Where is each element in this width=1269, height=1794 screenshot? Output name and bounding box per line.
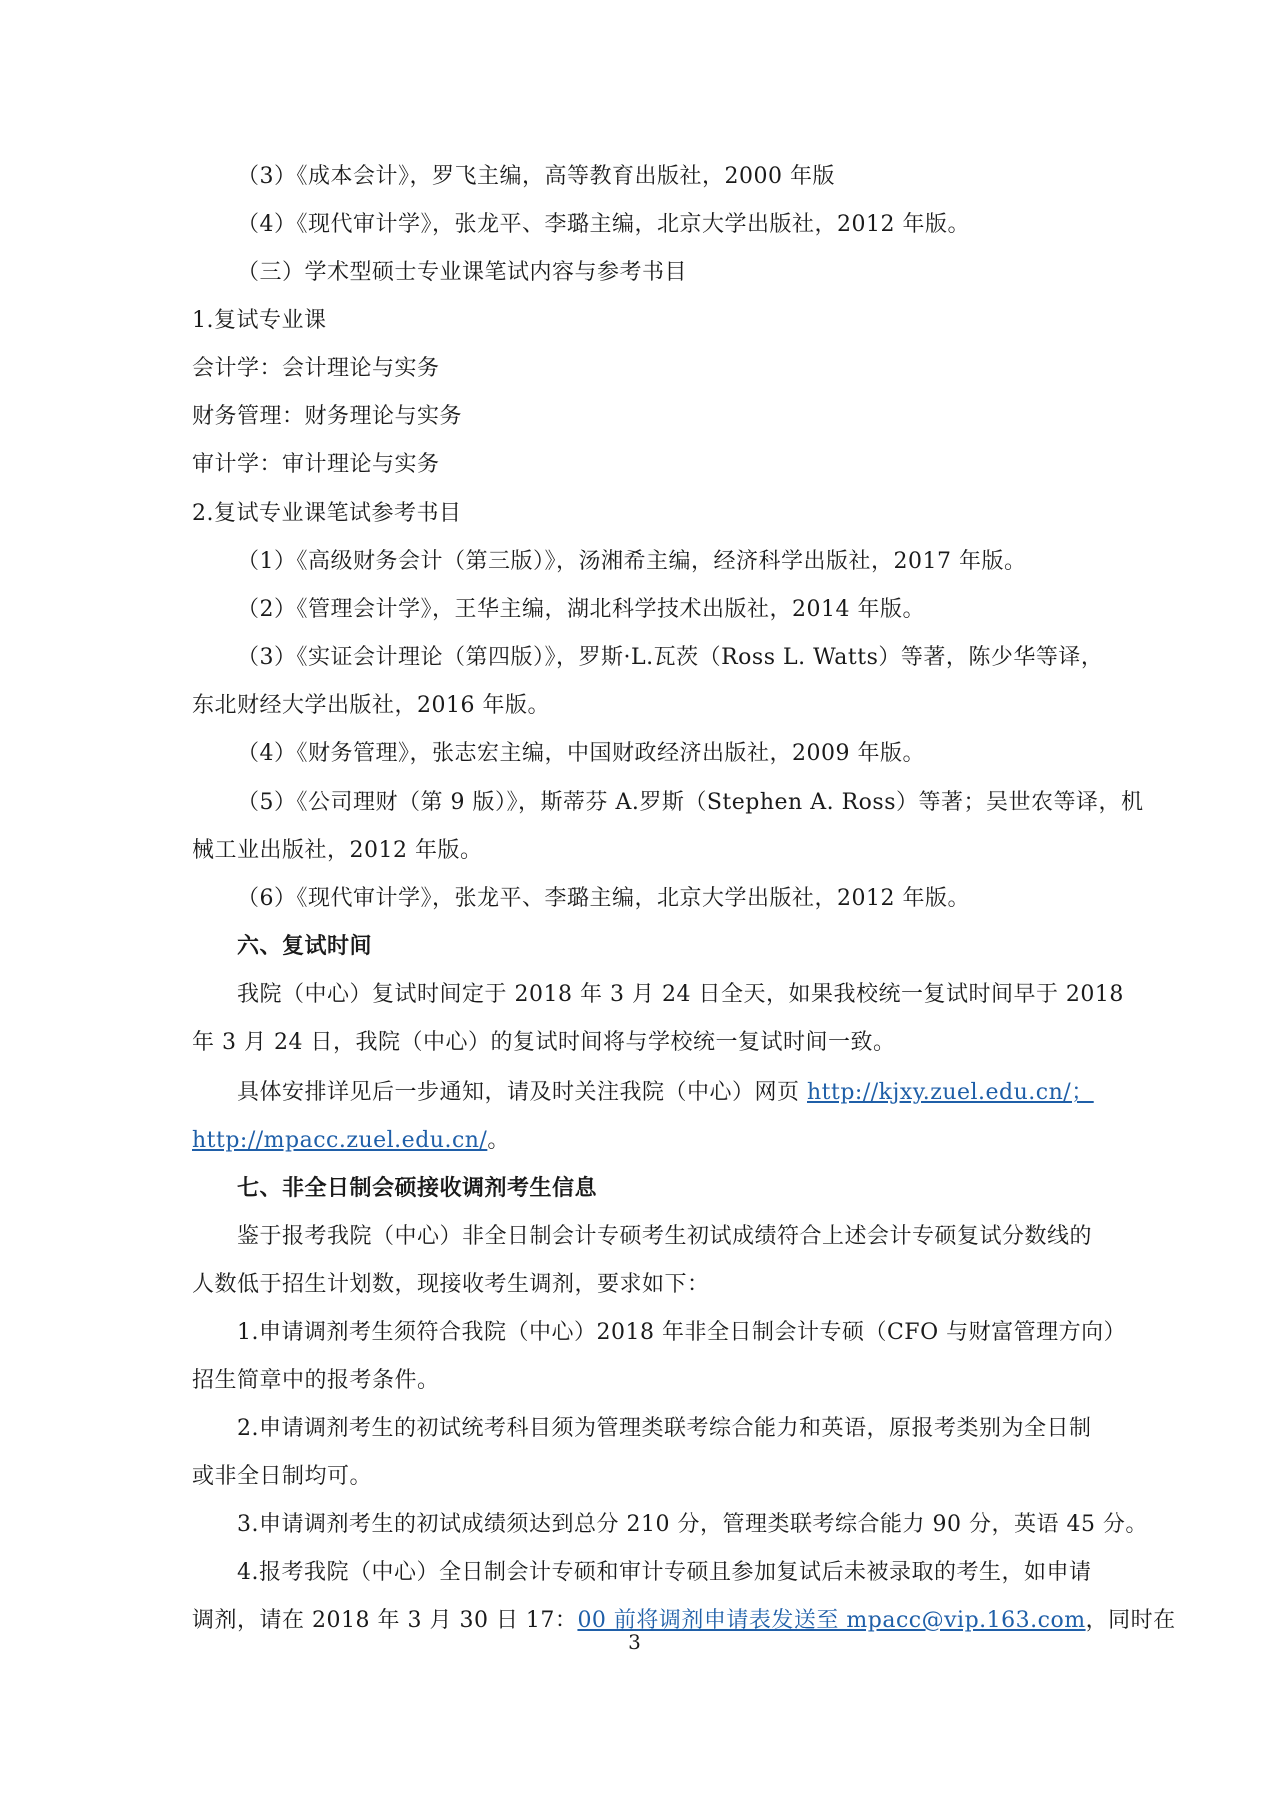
- reference-item: （1）《高级财务会计（第三版）》，汤湘希主编，经济科学出版社，2017 年版。: [237, 547, 1077, 577]
- reference-item: （4）《现代审计学》，张龙平、李璐主编，北京大学出版社，2012 年版。: [237, 210, 1077, 240]
- requirement-item-cont: 招生简章中的报考条件。: [192, 1366, 1077, 1396]
- reference-item: （6）《现代审计学》，张龙平、李璐主编，北京大学出版社，2012 年版。: [237, 884, 1077, 914]
- reference-item-cont: 东北财经大学出版社，2016 年版。: [192, 691, 1077, 721]
- document-page: （3）《成本会计》，罗飞主编，高等教育出版社，2000 年版 （4）《现代审计学…: [0, 0, 1269, 1794]
- paragraph: 具体安排详见后一步通知，请及时关注我院（中心）网页 http://kjxy.zu…: [237, 1078, 1077, 1108]
- section-heading-7: 七、非全日制会硕接收调剂考生信息: [237, 1174, 1077, 1204]
- reference-item: （5）《公司理财（第 9 版）》，斯蒂芬 A.罗斯（Stephen A. Ros…: [237, 788, 1077, 818]
- paragraph-cont: http://mpacc.zuel.edu.cn/。: [192, 1126, 1077, 1156]
- list-heading: 1.复试专业课: [192, 306, 1077, 336]
- paragraph-text: 。: [487, 1128, 510, 1153]
- course-item: 财务管理：财务理论与实务: [192, 402, 1077, 432]
- paragraph: 我院（中心）复试时间定于 2018 年 3 月 24 日全天，如果我校统一复试时…: [237, 980, 1077, 1010]
- requirement-item: 1.申请调剂考生须符合我院（中心）2018 年非全日制会计专硕（CFO 与财富管…: [237, 1318, 1077, 1348]
- kjxy-link[interactable]: http://kjxy.zuel.edu.cn/；: [807, 1080, 1094, 1105]
- course-item: 审计学：审计理论与实务: [192, 450, 1077, 480]
- requirement-item-cont: 或非全日制均可。: [192, 1462, 1077, 1492]
- mpacc-link[interactable]: http://mpacc.zuel.edu.cn/: [192, 1128, 487, 1153]
- paragraph-cont: 年 3 月 24 日，我院（中心）的复试时间将与学校统一复试时间一致。: [192, 1028, 1077, 1058]
- reference-item: （3）《成本会计》，罗飞主编，高等教育出版社，2000 年版: [237, 162, 1077, 192]
- reference-item-cont: 械工业出版社，2012 年版。: [192, 836, 1077, 866]
- requirement-item: 3.申请调剂考生的初试成绩须达到总分 210 分，管理类联考综合能力 90 分，…: [237, 1510, 1077, 1540]
- reference-item: （4）《财务管理》，张志宏主编，中国财政经济出版社，2009 年版。: [237, 739, 1077, 769]
- list-heading: 2.复试专业课笔试参考书目: [192, 499, 1077, 529]
- course-item: 会计学：会计理论与实务: [192, 354, 1077, 384]
- paragraph-cont: 人数低于招生计划数，现接收考生调剂，要求如下：: [192, 1270, 1077, 1300]
- paragraph-text: 具体安排详见后一步通知，请及时关注我院（中心）网页: [237, 1080, 807, 1105]
- page-number: 3: [0, 1630, 1269, 1654]
- requirement-item: 4.报考我院（中心）全日制会计专硕和审计专硕且参加复试后未被录取的考生，如申请: [237, 1558, 1077, 1588]
- requirement-item: 2.申请调剂考生的初试统考科目须为管理类联考综合能力和英语，原报考类别为全日制: [237, 1414, 1077, 1444]
- reference-item: （2）《管理会计学》，王华主编，湖北科学技术出版社，2014 年版。: [237, 595, 1077, 625]
- subsection-title: （三）学术型硕士专业课笔试内容与参考书目: [237, 258, 1077, 288]
- paragraph: 鉴于报考我院（中心）非全日制会计专硕考生初试成绩符合上述会计专硕复试分数线的: [237, 1222, 1077, 1252]
- section-heading-6: 六、复试时间: [237, 932, 1077, 962]
- reference-item: （3）《实证会计理论（第四版）》，罗斯·L.瓦茨（Ross L. Watts）等…: [237, 643, 1077, 673]
